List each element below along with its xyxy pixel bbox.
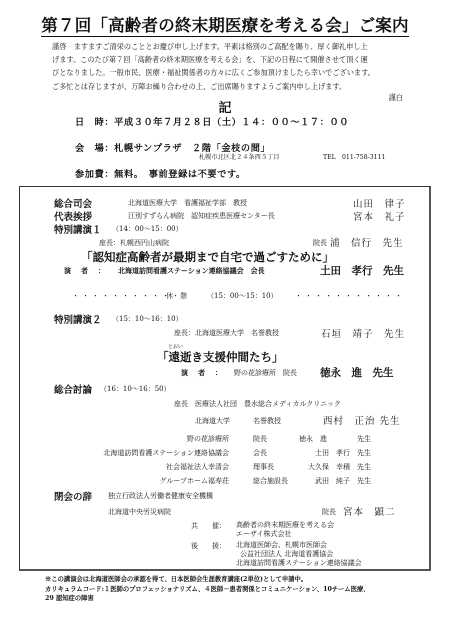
discussion-time: （16：10～16：50）: [100, 384, 171, 394]
greeting-affiliation: 江別すずらん病院 認知症疾患医療センター長: [128, 211, 275, 221]
closing-label: 閉会の辞: [54, 489, 92, 503]
lecture1-chair-name: 浦 信行 先生: [330, 235, 404, 249]
intro-line: ご多忙とは存じますが、万障お繰り合わせの上、ご出席賜りますようご案内申し上げます…: [52, 80, 407, 93]
lecture2-speaker-prefix: 演 者 ：: [181, 368, 224, 378]
greeting-name: 宮本 礼子: [353, 209, 406, 223]
panelist-name: 武田 純子: [0, 476, 350, 486]
venue-tel: TEL 011-758-3111: [323, 152, 386, 161]
closing-role: 院長: [322, 507, 336, 517]
lecture2-chair-name: 石垣 靖子 先生: [321, 326, 405, 340]
panelist-name: 大久保 幸積: [0, 462, 350, 472]
venue-address: 札幌市北区北２４条西５丁目: [199, 152, 279, 161]
break-dots-right: ・・・・・・・・・・・: [295, 291, 405, 301]
discussion-chair2-name: 西村 正治 先生: [323, 413, 401, 427]
lecture1-title: 「認知症高齢者が最期まで自宅で過ごすために」: [81, 249, 334, 265]
lecture1-speaker-name: 土田 孝行 先生: [320, 263, 404, 278]
closing-name: 宮本 顕二: [343, 504, 396, 518]
lecture2-label: 特別講演２: [54, 312, 102, 326]
support-list: 北海道医師会、札幌市医師会 公益社団法人 北海道看護協会 北海道訪問看護ステーシ…: [236, 541, 362, 568]
mc-label: 総合司会: [54, 196, 92, 210]
panelist-name: 徳永 進: [0, 434, 327, 444]
support-item: 公益社団法人 北海道看護協会: [236, 550, 362, 559]
lecture1-time: （14：00～15：00）: [112, 224, 183, 234]
lecture1-chair: 座長：札幌西円山病院: [99, 238, 169, 248]
host-label: 共 催：: [191, 521, 226, 531]
lecture2-chair: 座長：北海道医療大学 名誉教授: [174, 328, 279, 338]
lecture1-speaker-affiliation: 北海道訪問看護ステーション連絡協議会 会長: [118, 266, 265, 276]
closing-org: 独立行政法人労働者健康安全機構: [108, 491, 213, 501]
lecture1-label: 特別講演１: [54, 222, 102, 236]
discussion-label: 総合討論: [54, 382, 92, 396]
discussion-chair2-role: 名誉教授: [253, 416, 281, 426]
break-time: （15：00～15：10）: [207, 291, 278, 301]
intro-line: 謹啓 ますますご清栄のこととお慶び申し上げます。平素は格別のご高配を賜り、厚く御…: [52, 40, 407, 53]
panelist-name: 土田 孝行: [0, 448, 350, 458]
intro-line: げます。このたび第７回「高齢者の終末期医療を考える会」を、下記の日程にて開催させ…: [52, 53, 407, 66]
host-list: 高齢者の終末期医療を考える会 エーザイ株式会社: [236, 521, 334, 539]
lecture2-title: 「遠逝き支援仲間たち」: [157, 349, 284, 365]
panelist-suffix: 先生: [357, 462, 371, 472]
fee-label: 参加費：: [75, 169, 114, 180]
lecture1-chair-role: 院長: [313, 238, 327, 248]
intro-paragraph: 謹啓 ますますご清栄のこととお慶び申し上げます。平素は格別のご高配を賜り、厚く御…: [52, 40, 407, 93]
host-item: エーザイ株式会社: [236, 530, 334, 539]
footer-line: カリキュラムコード:１医師のプロフェッショナリズム、４医師－患者関係とコミュニケ…: [45, 585, 370, 595]
datetime-value: 平成３０年７月２８日（土）１４：００～１７：００: [114, 117, 349, 128]
greeting-label: 代表挨拶: [54, 209, 92, 223]
footer-line: 29 認知症の障害: [45, 594, 370, 604]
discussion-chair2-affiliation: 北海道大学: [195, 416, 230, 426]
fee-value: 無料。 事前登録は不要です。: [114, 169, 246, 180]
lecture2-speaker-name: 徳永 進 先生: [320, 365, 394, 380]
datetime-label: 日 時：: [75, 117, 114, 128]
panelist-suffix: 先生: [357, 476, 371, 486]
host-item: 高齢者の終末期医療を考える会: [236, 521, 334, 530]
fee-row: 参加費：無料。 事前登録は不要です。: [75, 166, 246, 180]
lecture2-time: （15：10～16：10）: [112, 314, 183, 324]
panelist-suffix: 先生: [357, 434, 371, 444]
footer-line: ※この講演会は北海道医師会の承認を得て、日本医師会生涯教育講座(2単位)として申…: [45, 575, 370, 585]
datetime-row: 日 時：平成３０年７月２８日（土）１４：００～１７：００: [75, 114, 349, 128]
panelist-suffix: 先生: [357, 448, 371, 458]
page-title: 第７回「高齢者の終末期医療を考える会」ご案内: [0, 12, 450, 36]
mc-affiliation: 北海道医療大学 看護福祉学部 教授: [128, 198, 247, 208]
intro-line: びとなりました。一般市民、医療・福祉関係者の方々に広くご参加頂けましたら幸いでご…: [52, 66, 407, 79]
support-item: 北海道医師会、札幌市医師会: [236, 541, 362, 550]
lecture1-speaker-prefix: 演 者 ：: [64, 266, 107, 276]
discussion-chair: 座長 医療法人社団 豊水総合メディカルクリニック: [174, 399, 341, 409]
lecture2-speaker-affiliation: 野の花診療所 院長: [234, 368, 297, 378]
mc-name: 山田 律子: [353, 196, 406, 210]
break-label: 休 憩: [166, 291, 187, 301]
support-item: 北海道訪問看護ステーション連絡協議会: [236, 559, 362, 568]
closing-hospital: 北海道中央労災病院: [108, 507, 171, 517]
venue-label: 会 場：: [75, 143, 114, 154]
support-label: 後 援：: [191, 541, 226, 551]
footer-notes: ※この講演会は北海道医師会の承認を得て、日本医師会生涯教育講座(2単位)として申…: [45, 575, 370, 604]
